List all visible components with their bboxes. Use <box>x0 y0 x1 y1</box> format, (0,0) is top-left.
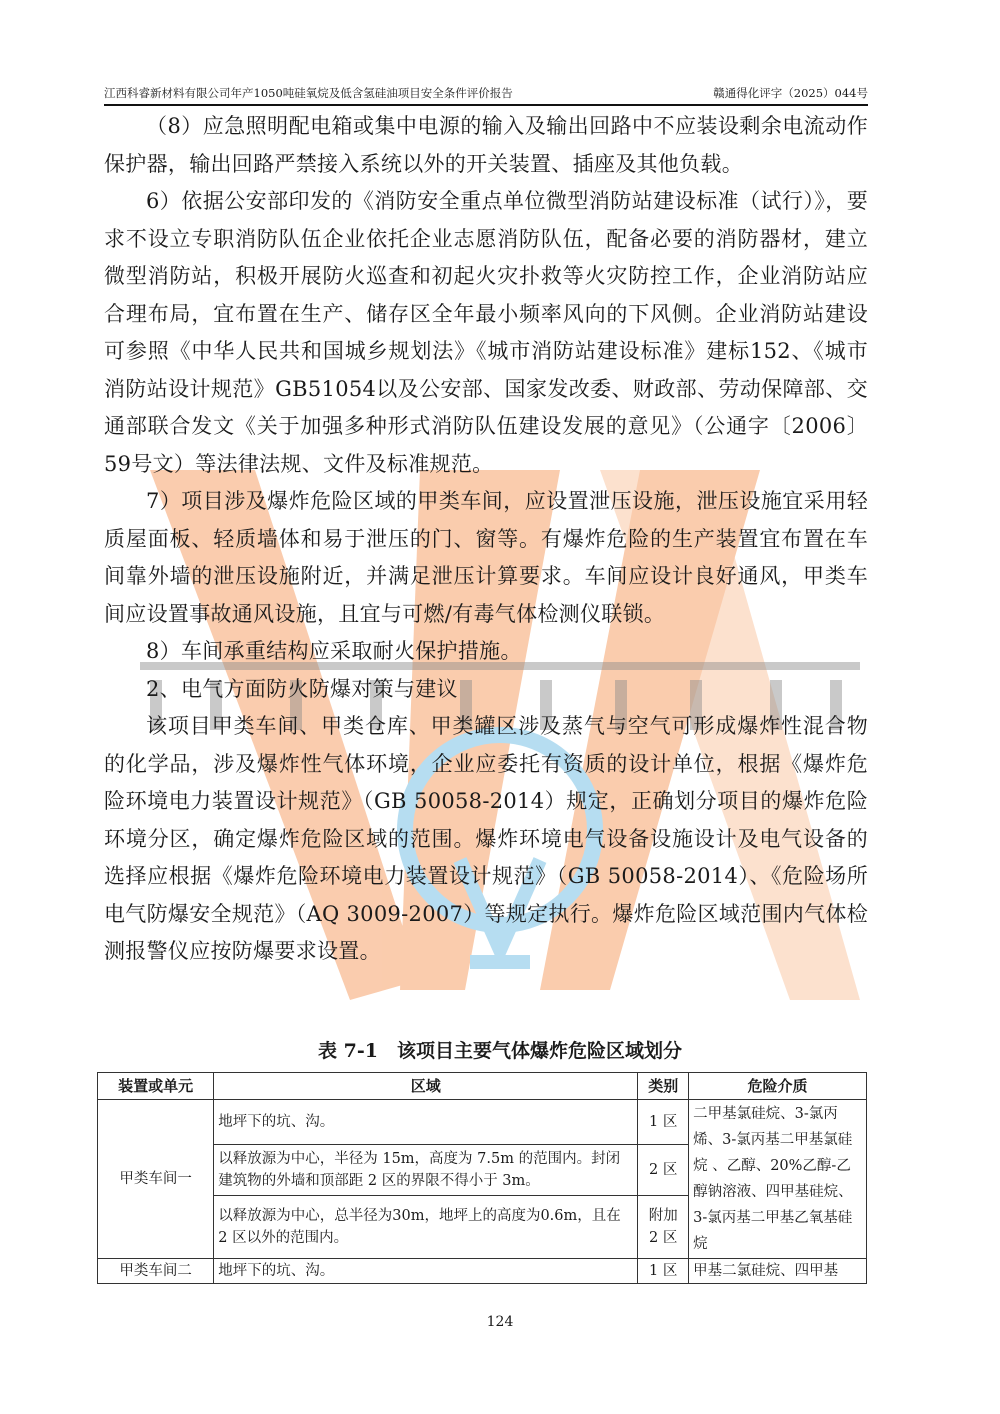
area-cell: 以释放源为中心，总半径为30m，地坪上的高度为0.6m，且在 2 区以外的范围内… <box>214 1196 638 1259</box>
page-number: 124 <box>0 1314 1000 1330</box>
column-header: 装置或单元 <box>98 1073 214 1100</box>
area-cell: 地坪下的坑、沟。 <box>214 1259 638 1284</box>
column-header: 危险介质 <box>689 1073 867 1100</box>
paragraph: （8）应急照明配电箱或集中电源的输入及输出回路中不应装设剩余电流动作保护器，输出… <box>104 108 868 183</box>
unit-cell: 甲类车间二 <box>98 1259 214 1284</box>
category-cell: 附加 2 区 <box>638 1196 689 1259</box>
paragraph: 该项目甲类车间、甲类仓库、甲类罐区涉及蒸气与空气可形成爆炸性混合物的化学品，涉及… <box>104 708 868 971</box>
paragraph: 6）依据公安部印发的《消防安全重点单位微型消防站建设标准（试行）》，要求不设立专… <box>104 183 868 483</box>
category-cell: 1 区 <box>638 1100 689 1145</box>
area-cell: 地坪下的坑、沟。 <box>214 1100 638 1145</box>
column-header: 类别 <box>638 1073 689 1100</box>
hazard-zone-table: 装置或单元 区域 类别 危险介质 甲类车间一 地坪下的坑、沟。 1 区 二甲基氯… <box>97 1072 867 1284</box>
paragraph: 7）项目涉及爆炸危险区域的甲类车间，应设置泄压设施，泄压设施宜采用轻质屋面板、轻… <box>104 483 868 633</box>
table-row: 甲类车间一 地坪下的坑、沟。 1 区 二甲基氯硅烷、3-氯丙烯、3-氯丙基二甲基… <box>98 1100 867 1145</box>
column-header: 区域 <box>214 1073 638 1100</box>
category-cell: 1 区 <box>638 1259 689 1284</box>
medium-cell: 甲基二氯硅烷、四甲基 <box>689 1259 867 1284</box>
report-title: 江西科睿新材料有限公司年产1050吨硅氧烷及低含氢硅油项目安全条件评价报告 <box>104 84 513 102</box>
medium-cell: 二甲基氯硅烷、3-氯丙烯、3-氯丙基二甲基氯硅烷 、乙醇、20%乙醇-乙醇钠溶液… <box>689 1100 867 1259</box>
area-cell: 以释放源为中心，半径为 15m，高度为 7.5m 的范围内。封闭建筑物的外墙和顶… <box>214 1145 638 1196</box>
paragraph: 8）车间承重结构应采取耐火保护措施。 <box>104 633 868 671</box>
table-header-row: 装置或单元 区域 类别 危险介质 <box>98 1073 867 1100</box>
unit-cell: 甲类车间一 <box>98 1100 214 1259</box>
section-heading: 2、电气方面防火防爆对策与建议 <box>104 671 868 709</box>
table-title: 表 7-1 该项目主要气体爆炸危险区域划分 <box>0 1036 1000 1063</box>
category-cell: 2 区 <box>638 1145 689 1196</box>
table-row: 甲类车间二 地坪下的坑、沟。 1 区 甲基二氯硅烷、四甲基 <box>98 1259 867 1284</box>
body-text: （8）应急照明配电箱或集中电源的输入及输出回路中不应装设剩余电流动作保护器，输出… <box>104 108 868 971</box>
report-number: 赣通得化评字（2025）044号 <box>713 84 868 102</box>
page-header: 江西科睿新材料有限公司年产1050吨硅氧烷及低含氢硅油项目安全条件评价报告 赣通… <box>104 84 868 106</box>
